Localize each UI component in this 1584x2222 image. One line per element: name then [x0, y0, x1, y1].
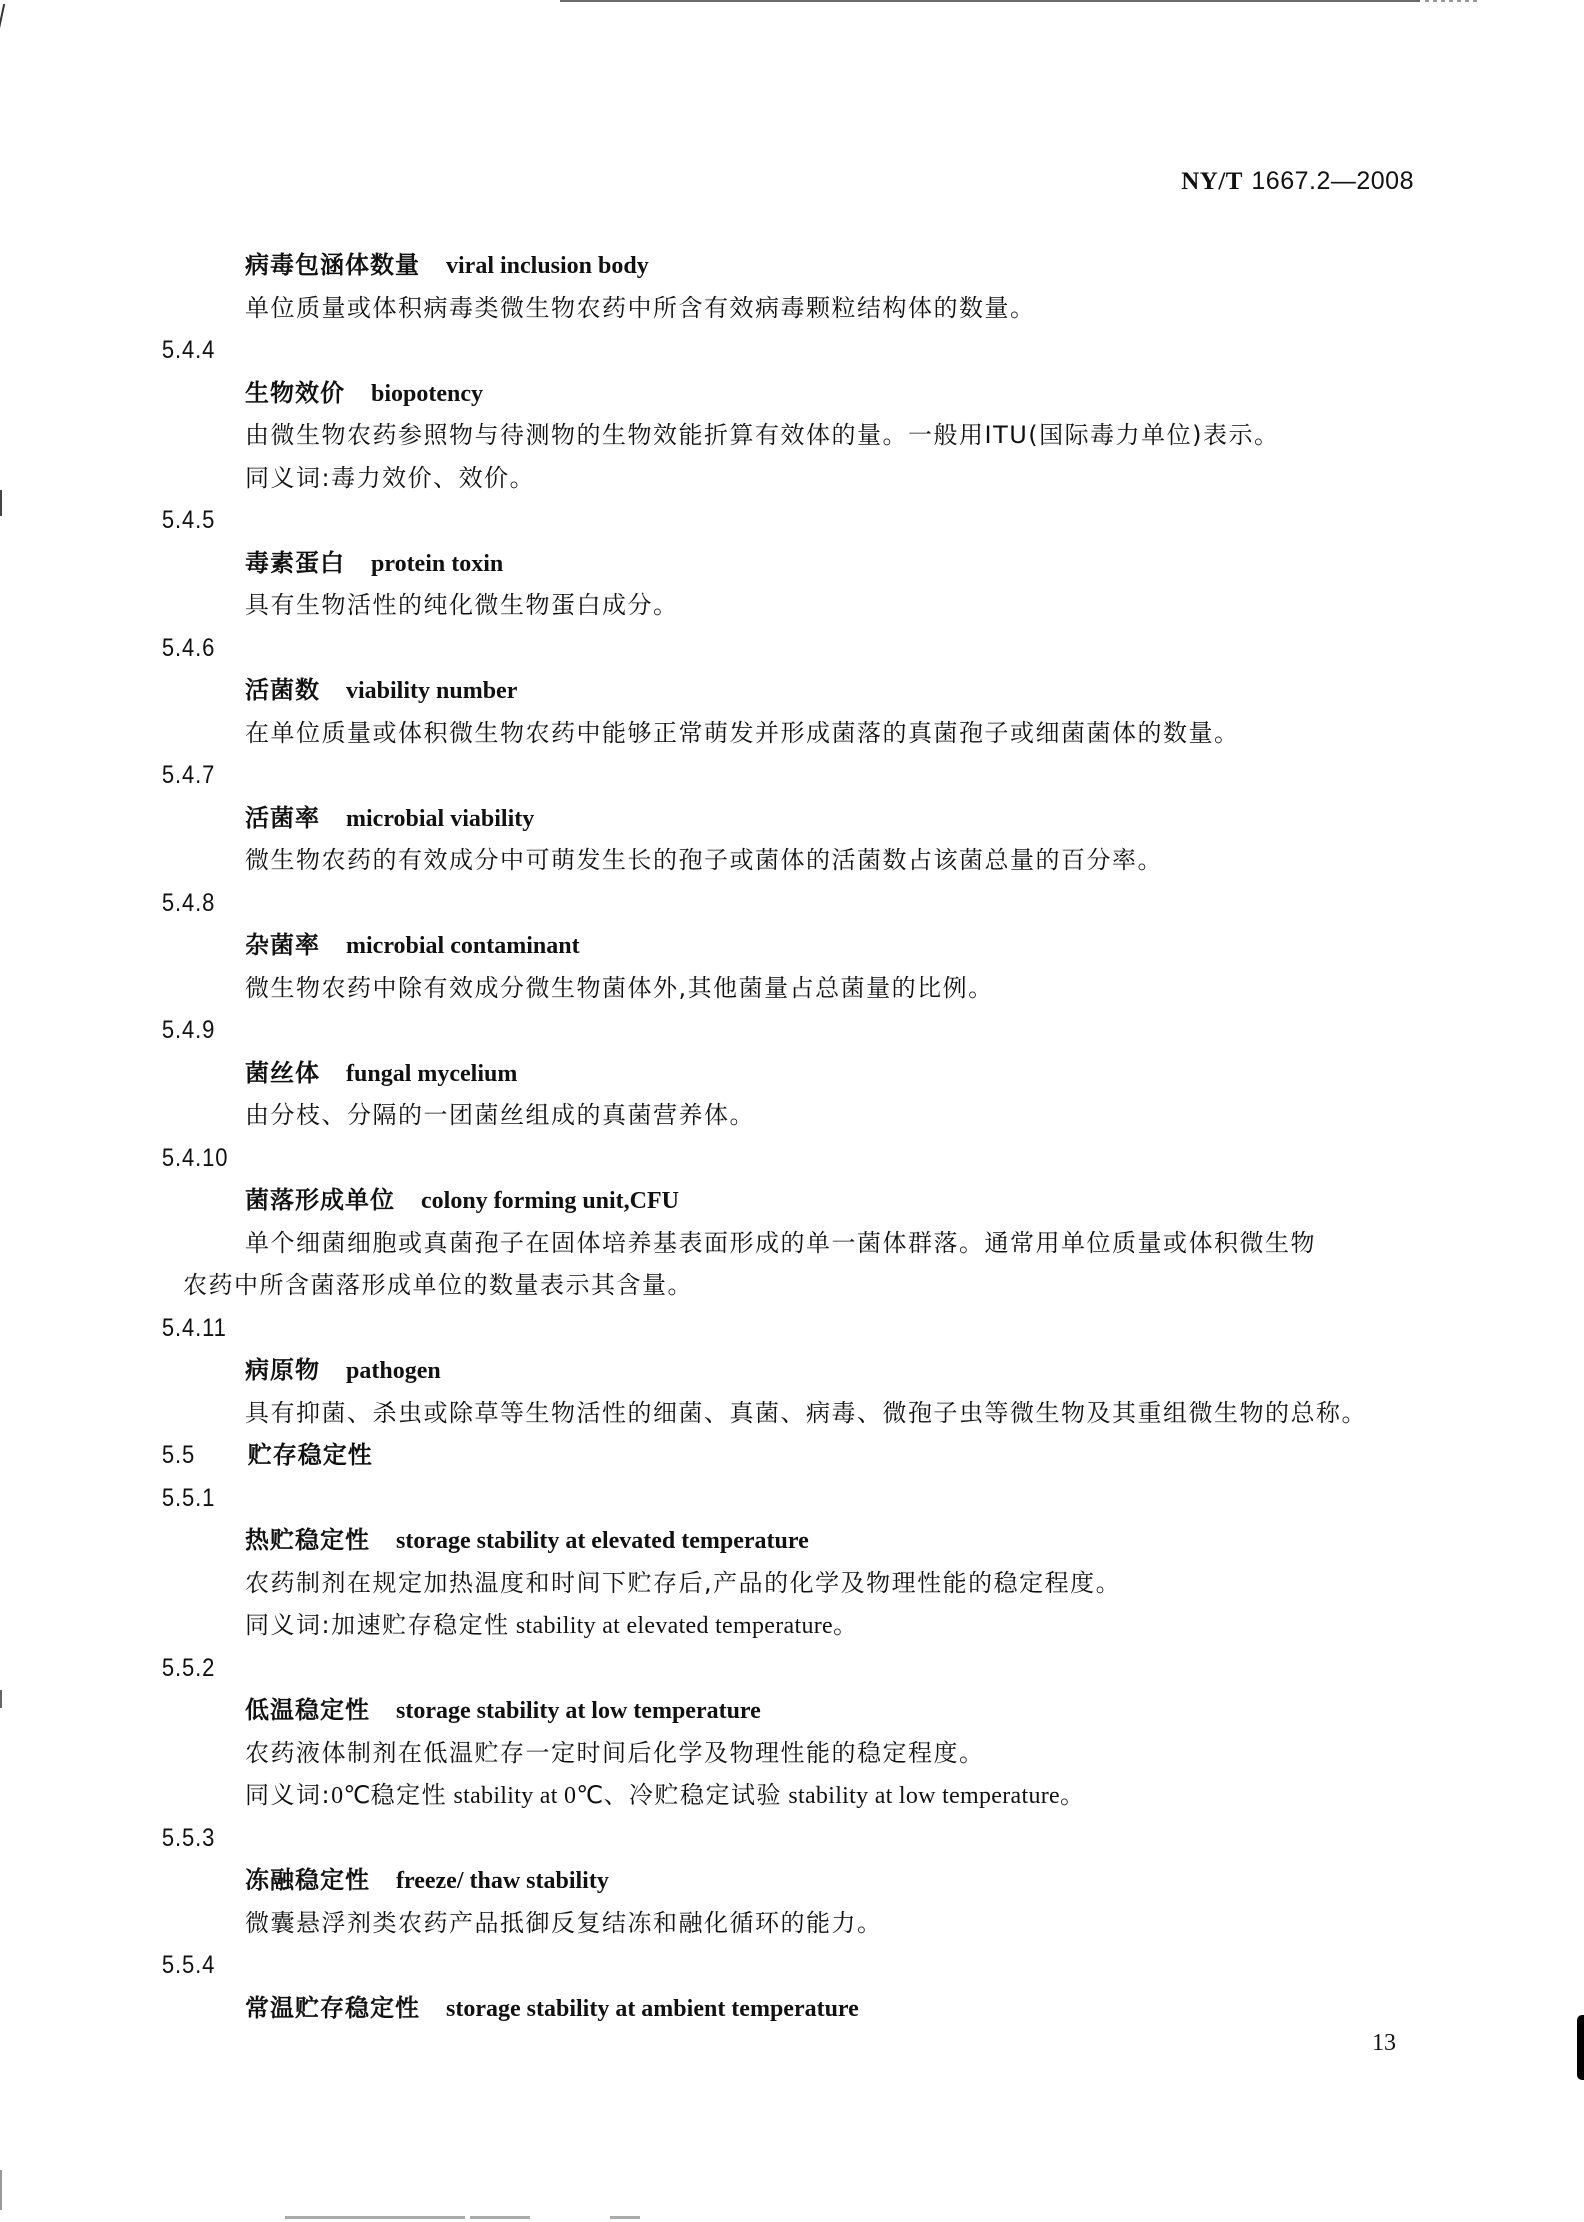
- term-cn: 活菌数: [245, 676, 320, 704]
- clause-number: 5.5.3: [0, 1817, 1394, 1860]
- term-cn: 毒素蛋白: [245, 549, 345, 577]
- standard-prefix: NY/T: [1181, 168, 1243, 195]
- scan-border-bottom: [610, 2216, 640, 2219]
- synonym-cn: 、冷贮稳定试验: [604, 1781, 783, 1809]
- standard-number: 1667.2—2008: [1251, 167, 1414, 195]
- term-en: viability number: [346, 678, 517, 704]
- term-synonym: 同义词:毒力效价、效价。: [0, 457, 1584, 500]
- term-cn: 冻融稳定性: [245, 1866, 370, 1894]
- clause-number: 5.4.9: [0, 1009, 1394, 1052]
- term-cn: 菌落形成单位: [245, 1186, 395, 1214]
- term-synonym: 同义词:0℃稳定性 stability at 0℃、冷贮稳定试验 stabili…: [0, 1774, 1584, 1817]
- term-heading: 菌落形成单位colony forming unit,CFU: [0, 1179, 1584, 1222]
- term-heading: 低温稳定性storage stability at low temperatur…: [0, 1689, 1584, 1732]
- clause-number: 5.4.11: [0, 1307, 1394, 1350]
- scan-artifact-left: [0, 4, 5, 34]
- synonym-cn: 稳定性: [371, 1781, 448, 1809]
- term-heading: 菌丝体fungal mycelium: [0, 1052, 1584, 1095]
- clause-number: 5.4.5: [0, 499, 1394, 542]
- section-heading: 5.5贮存稳定性: [0, 1434, 1584, 1477]
- term-heading: 毒素蛋白protein toxin: [0, 542, 1584, 585]
- clause-number: 5.4.4: [0, 329, 1394, 372]
- synonym-cn: 同义词:加速贮存稳定性: [245, 1611, 510, 1639]
- scan-artifact-left: [0, 2170, 2, 2210]
- standard-header: NY/T 1667.2—2008: [1181, 166, 1414, 196]
- synonym-en: stability at elevated temperature。: [510, 1613, 858, 1639]
- term-heading: 常温贮存稳定性storage stability at ambient temp…: [0, 1987, 1584, 2030]
- term-definition: 具有生物活性的纯化微生物蛋白成分。: [0, 584, 1584, 627]
- page-number: 13: [1372, 2030, 1396, 2057]
- term-cn: 生物效价: [245, 379, 345, 407]
- term-heading: 热贮稳定性storage stability at elevated tempe…: [0, 1519, 1584, 1562]
- clause-number: 5.5.4: [0, 1944, 1394, 1987]
- term-synonym: 同义词:加速贮存稳定性 stability at elevated temper…: [0, 1604, 1584, 1647]
- term-definition: 由分枝、分隔的一团菌丝组成的真菌营养体。: [0, 1094, 1584, 1137]
- section-number: 5.5: [0, 1434, 195, 1477]
- clause-number: 5.5.2: [0, 1647, 1394, 1690]
- term-cn: 病原物: [245, 1356, 320, 1384]
- term-heading: 生物效价biopotency: [0, 372, 1584, 415]
- term-en: colony forming unit,CFU: [421, 1188, 679, 1214]
- term-cn: 菌丝体: [245, 1059, 320, 1087]
- document-body: 病毒包涵体数量viral inclusion body 单位质量或体积病毒类微生…: [0, 244, 1584, 2029]
- term-en: storage stability at elevated temperatur…: [396, 1528, 809, 1554]
- term-en: freeze/ thaw stability: [396, 1868, 609, 1894]
- term-definition: 在单位质量或体积微生物农药中能够正常萌发并形成菌落的真菌孢子或细菌菌体的数量。: [0, 712, 1584, 755]
- term-definition: 单个细菌细胞或真菌孢子在固体培养基表面形成的单一菌体群落。通常用单位质量或体积微…: [0, 1222, 1584, 1265]
- scan-border-top: [560, 0, 1420, 2]
- term-heading: 冻融稳定性freeze/ thaw stability: [0, 1859, 1584, 1902]
- term-heading: 病毒包涵体数量viral inclusion body: [0, 244, 1584, 287]
- term-en: fungal mycelium: [346, 1061, 517, 1087]
- term-en: microbial viability: [346, 806, 534, 832]
- term-en: storage stability at low temperature: [396, 1698, 761, 1724]
- term-definition: 单位质量或体积病毒类微生物农药中所含有效病毒颗粒结构体的数量。: [0, 287, 1584, 330]
- synonym-temp: 0℃: [331, 1783, 371, 1809]
- term-cn: 低温稳定性: [245, 1696, 370, 1724]
- term-definition: 具有抑菌、杀虫或除草等生物活性的细菌、真菌、病毒、微孢子虫等微生物及其重组微生物…: [0, 1392, 1584, 1435]
- synonym-en: stability at 0℃: [447, 1783, 603, 1809]
- term-heading: 活菌数viability number: [0, 669, 1584, 712]
- clause-number: 5.4.6: [0, 627, 1394, 670]
- scan-border-bottom: [470, 2216, 530, 2219]
- scan-border-top-dots: [1425, 0, 1480, 2]
- synonym-label: 同义词:: [245, 1781, 331, 1809]
- term-cn: 活菌率: [245, 804, 320, 832]
- synonym-en: stability at low temperature。: [782, 1783, 1084, 1809]
- scan-border-bottom: [285, 2216, 465, 2219]
- term-cn: 常温贮存稳定性: [245, 1994, 420, 2022]
- term-definition-continued: 农药中所含菌落形成单位的数量表示其含量。: [0, 1264, 1584, 1307]
- term-cn: 热贮稳定性: [245, 1526, 370, 1554]
- term-heading: 杂菌率microbial contaminant: [0, 924, 1584, 967]
- term-heading: 活菌率microbial viability: [0, 797, 1584, 840]
- term-en: biopotency: [371, 381, 483, 407]
- term-heading: 病原物pathogen: [0, 1349, 1584, 1392]
- term-en: storage stability at ambient temperature: [446, 1996, 859, 2022]
- clause-number: 5.4.8: [0, 882, 1394, 925]
- term-definition: 由微生物农药参照物与待测物的生物效能折算有效体的量。一般用ITU(国际毒力单位)…: [0, 414, 1584, 457]
- clause-number: 5.4.7: [0, 754, 1394, 797]
- clause-number: 5.5.1: [0, 1477, 1394, 1520]
- term-definition: 农药液体制剂在低温贮存一定时间后化学及物理性能的稳定程度。: [0, 1732, 1584, 1775]
- clause-number: 5.4.10: [0, 1137, 1394, 1180]
- term-en: viral inclusion body: [446, 253, 649, 279]
- term-en: protein toxin: [371, 551, 503, 577]
- term-cn: 病毒包涵体数量: [245, 251, 420, 279]
- term-en: pathogen: [346, 1358, 441, 1384]
- term-cn: 杂菌率: [245, 931, 320, 959]
- term-definition: 微生物农药的有效成分中可萌发生长的孢子或菌体的活菌数占该菌总量的百分率。: [0, 839, 1584, 882]
- term-en: microbial contaminant: [346, 933, 580, 959]
- section-title: 贮存稳定性: [248, 1441, 373, 1469]
- term-definition: 微生物农药中除有效成分微生物菌体外,其他菌量占总菌量的比例。: [0, 967, 1584, 1010]
- term-definition: 微囊悬浮剂类农药产品抵御反复结冻和融化循环的能力。: [0, 1902, 1584, 1945]
- term-definition: 农药制剂在规定加热温度和时间下贮存后,产品的化学及物理性能的稳定程度。: [0, 1562, 1584, 1605]
